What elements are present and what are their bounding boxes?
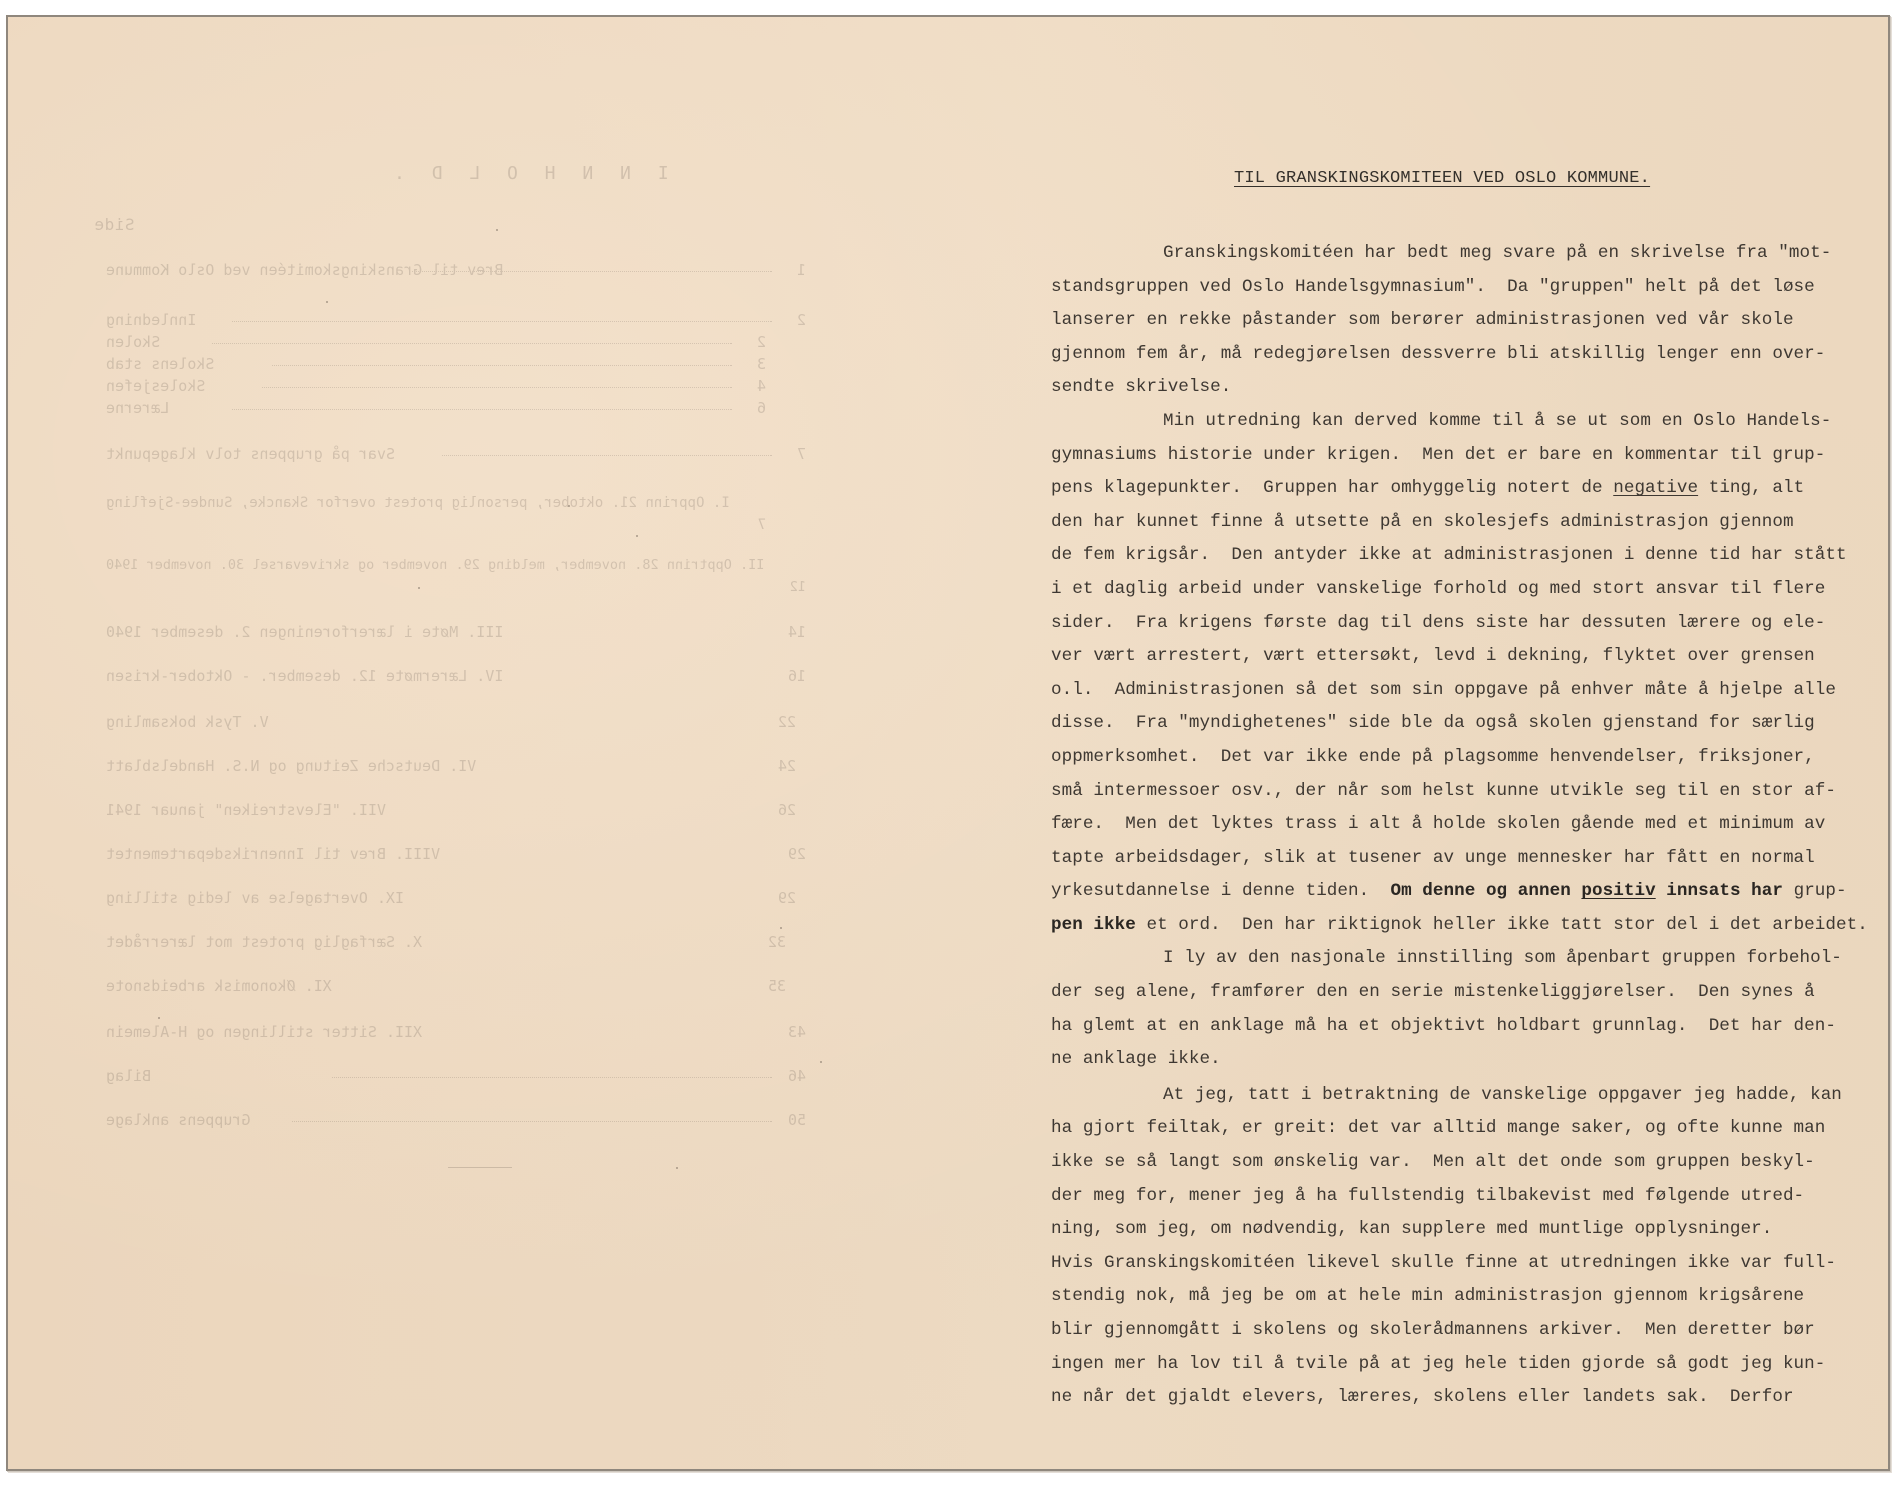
document-scan-frame: I N N H O L D . Side 1Brev til Gransking… — [6, 15, 1890, 1471]
text-line: ha gjort feiltak, er greit: det var allt… — [1051, 1112, 1890, 1146]
toc-title-mirrored: I N N H O L D . — [386, 163, 669, 184]
toc-entry: 6Lærerne — [106, 399, 766, 421]
paper-speck — [496, 229, 498, 231]
toc-entry: 3Skolens stab — [106, 355, 766, 377]
toc-entry: 2Skolen — [106, 333, 766, 355]
underlined-word-positiv: positiv — [1581, 881, 1655, 901]
text-line: ning, som jeg, om nødvendig, kan suppler… — [1051, 1213, 1890, 1247]
text-line: den har kunnet finne å utsette på en sko… — [1051, 506, 1890, 540]
paper-speck — [636, 535, 638, 537]
text-line: sider. Fra krigens første dag til dens s… — [1051, 607, 1890, 641]
text-line: At jeg, tatt i betraktning de vanskelige… — [1051, 1079, 1890, 1113]
toc-entry: 50Gruppens anklage — [106, 1111, 806, 1133]
text-line: der meg for, mener jeg å ha fullstendig … — [1051, 1180, 1890, 1214]
text-line: stendig nok, må jeg be om at hele min ad… — [1051, 1280, 1890, 1314]
text-line: I ly av den nasjonale innstilling som åp… — [1051, 942, 1890, 976]
text-line: i et daglig arbeid under vanskelige forh… — [1051, 573, 1890, 607]
text-line: lanserer en rekke påstander som berører … — [1051, 304, 1890, 338]
text-line: fære. Men det lyktes trass i alt å holde… — [1051, 808, 1890, 842]
text-line: ne når det gjaldt elevers, læreres, skol… — [1051, 1381, 1890, 1415]
toc-entry: 7Svar på gruppens tolv klagepunkt — [106, 445, 806, 467]
toc-entry: 29IX. Overtagelse av ledig stilling — [106, 889, 796, 911]
toc-entry: 35XI. Økonomisk arbeidsnote — [106, 977, 786, 999]
toc-entry: 14III. Møte i lærerforeningen 2. desembe… — [106, 623, 806, 645]
text-line: ikke se så langt som ønskelig var. Men a… — [1051, 1146, 1890, 1180]
text-line: pen ikke et ord. Den har riktignok helle… — [1051, 909, 1890, 943]
text-line: gymnasiums historie under krigen. Men de… — [1051, 439, 1890, 473]
paper-speck — [820, 1061, 822, 1063]
toc-entry: 4Skolesjefen — [106, 377, 766, 399]
text-line: ha glemt at en anklage må ha et objektiv… — [1051, 1010, 1890, 1044]
text-line: gjennom fem år, må redegjørelsen dessver… — [1051, 338, 1890, 372]
letter-title: TIL GRANSKINGSKOMITEEN VED OSLO KOMMUNE. — [1234, 169, 1650, 188]
text-line: standsgruppen ved Oslo Handelsgymnasium"… — [1051, 271, 1890, 305]
toc-entry: 1Brev til Granskingskomitéen ved Oslo Ko… — [106, 261, 806, 283]
toc-end-rule — [448, 1167, 512, 1168]
text-line: små intermessoer osv., der når som helst… — [1051, 775, 1890, 809]
text-line: Granskingskomitéen har bedt meg svare på… — [1051, 237, 1890, 271]
underlined-word-negative: negative — [1613, 478, 1698, 498]
paper-speck — [158, 1017, 160, 1019]
toc-entry: 32X. Særfaglig protest mot lærerrådet — [106, 933, 786, 955]
text-line: de fem krigsår. Den antyder ikke at admi… — [1051, 539, 1890, 573]
text-line: Min utredning kan derved komme til å se … — [1051, 405, 1890, 439]
bold-emphasis: Om denne og annen — [1390, 881, 1581, 901]
toc-entry: 22V. Tysk boksamling — [106, 713, 796, 735]
toc-entry: 43XII. Sitter stillingen og H-Alemein — [106, 1023, 806, 1045]
paper-speck — [418, 587, 420, 589]
text-line: Hvis Granskingskomitéen likevel skulle f… — [1051, 1247, 1890, 1281]
left-page-bleed-through: I N N H O L D . Side 1Brev til Gransking… — [8, 17, 948, 1469]
text-line: yrkesutdannelse i denne tiden. Om denne … — [1051, 875, 1890, 909]
toc-entry: 29VIII. Brev til Innenriksdepartementet — [106, 845, 806, 867]
text-line: oppmerksomhet. Det var ikke ende på plag… — [1051, 741, 1890, 775]
letter-body: Granskingskomitéen har bedt meg svare på… — [1051, 237, 1890, 1415]
toc-side-label-mirrored: Side — [94, 215, 135, 234]
toc-entry: 12II. Opptrinn 28. november, melding 29.… — [106, 557, 806, 579]
toc-entry: 46Bilag — [106, 1067, 806, 1089]
toc-entry: 16IV. Lærermøte 12. desember. - Oktober-… — [106, 667, 806, 689]
text-line: der seg alene, framfører den en serie mi… — [1051, 976, 1890, 1010]
toc-entry: 24VI. Deutsche Zeitung og N.S. Handelsbl… — [106, 757, 796, 779]
toc-entry: 26VII. "Elevstreiken" januar 1941 — [106, 801, 796, 823]
toc-entry: 2Innledning — [106, 311, 806, 333]
text-line: tapte arbeidsdager, slik at tusener av u… — [1051, 842, 1890, 876]
paper-speck — [780, 927, 782, 929]
bold-emphasis: pen ikke — [1051, 915, 1136, 935]
bold-emphasis: innsats har — [1656, 881, 1783, 901]
paper-speck — [326, 301, 328, 303]
right-page-letter: TIL GRANSKINGSKOMITEEN VED OSLO KOMMUNE.… — [1038, 17, 1890, 1469]
text-line: ingen mer ha lov til å tvile på at jeg h… — [1051, 1348, 1890, 1382]
text-line: disse. Fra "myndighetenes" side ble da o… — [1051, 707, 1890, 741]
text-line: sendte skrivelse. — [1051, 371, 1890, 405]
text-line: blir gjennomgått i skolens og skolerådma… — [1051, 1314, 1890, 1348]
text-line: pens klagepunkter. Gruppen har omhyggeli… — [1051, 472, 1890, 506]
toc-entry: 7I. Opprinn 21. oktober, personlig prote… — [106, 495, 766, 517]
text-line: ver vært arrestert, vært ettersøkt, levd… — [1051, 640, 1890, 674]
paper-speck — [568, 505, 570, 507]
text-line: ne anklage ikke. — [1051, 1043, 1890, 1077]
text-line: o.l. Administrasjonen så det som sin opp… — [1051, 674, 1890, 708]
paper-speck — [676, 1167, 678, 1169]
